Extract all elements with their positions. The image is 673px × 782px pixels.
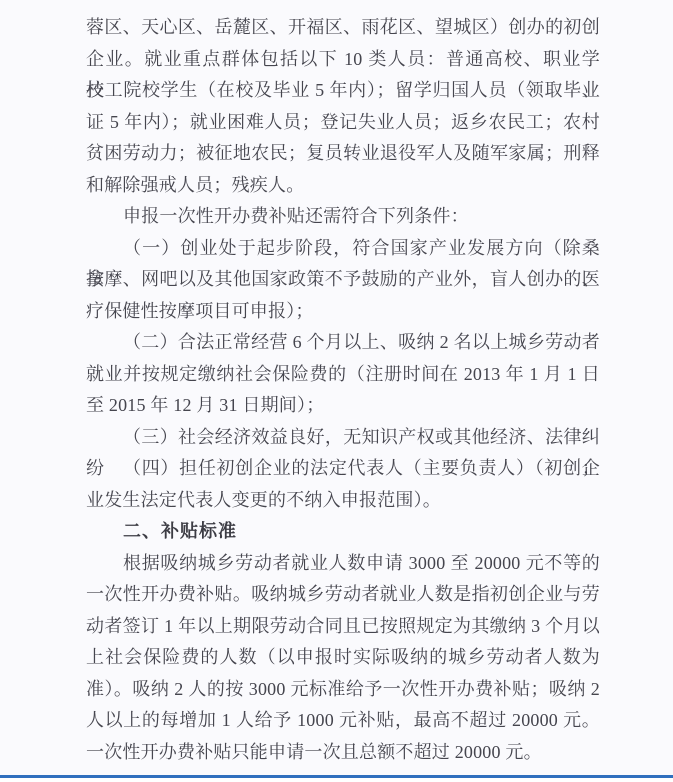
text-line: 就业并按规定缴纳社会保险费的（注册时间在 2013 年 1 月 1 日 [86,359,600,391]
text-line: 人以上的每增加 1 人给予 1000 元补贴，最高不超过 20000 元。 [86,705,600,737]
text-line: 一次性开办费补贴。吸纳城乡劳动者就业人数是指初创企业与劳 [86,579,600,611]
document-body: 蓉区、天心区、岳麓区、开福区、雨花区、望城区）创办的初创 企业。就业重点群体包括… [86,12,600,768]
text-line: 至 2015 年 12 月 31 日期间）； [86,390,600,422]
text-line: 企业。就业重点群体包括以下 10 类人员：普通高校、职业学校、 [86,44,600,76]
text-line: 业发生法定代表人变更的不纳入申报范围）。 [86,485,600,517]
bottom-accent-line [0,775,673,778]
text-line: 按摩、网吧以及其他国家政策不予鼓励的产业外，盲人创办的医 [86,264,600,296]
text-line: 上社会保险费的人数（以申报时实际吸纳的城乡劳动者人数为 [86,642,600,674]
text-line: 准）。吸纳 2 人的按 3000 元标准给予一次性开办费补贴；吸纳 2 [86,674,600,706]
text-line: 根据吸纳城乡劳动者就业人数申请 3000 至 20000 元不等的 [86,548,600,580]
text-line: 疗保健性按摩项目可申报）； [86,296,600,328]
text-line: 蓉区、天心区、岳麓区、开福区、雨花区、望城区）创办的初创 [86,12,600,44]
text-line: 证 5 年内）；就业困难人员；登记失业人员；返乡农民工；农村 [86,107,600,139]
text-line: 一次性开办费补贴只能申请一次且总额不超过 20000 元。 [86,737,600,769]
text-line: 和解除强戒人员；残疾人。 [86,170,600,202]
text-line: （四）担任初创企业的法定代表人（主要负责人）（初创企 [86,453,600,485]
text-line: 动者签订 1 年以上期限劳动合同且已按照规定为其缴纳 3 个月以 [86,611,600,643]
section-heading: 二、补贴标准 [86,516,600,548]
text-line: （一）创业处于起步阶段，符合国家产业发展方向（除桑拿、 [86,233,600,265]
text-line: （三）社会经济效益良好，无知识产权或其他经济、法律纠纷； [86,422,600,454]
text-line: 技工院校学生（在校及毕业 5 年内）；留学归国人员（领取毕业 [86,75,600,107]
text-line: 申报一次性开办费补贴还需符合下列条件： [86,201,600,233]
text-line: 贫困劳动力；被征地农民；复员转业退役军人及随军家属；刑释 [86,138,600,170]
text-line: （二）合法正常经营 6 个月以上、吸纳 2 名以上城乡劳动者 [86,327,600,359]
